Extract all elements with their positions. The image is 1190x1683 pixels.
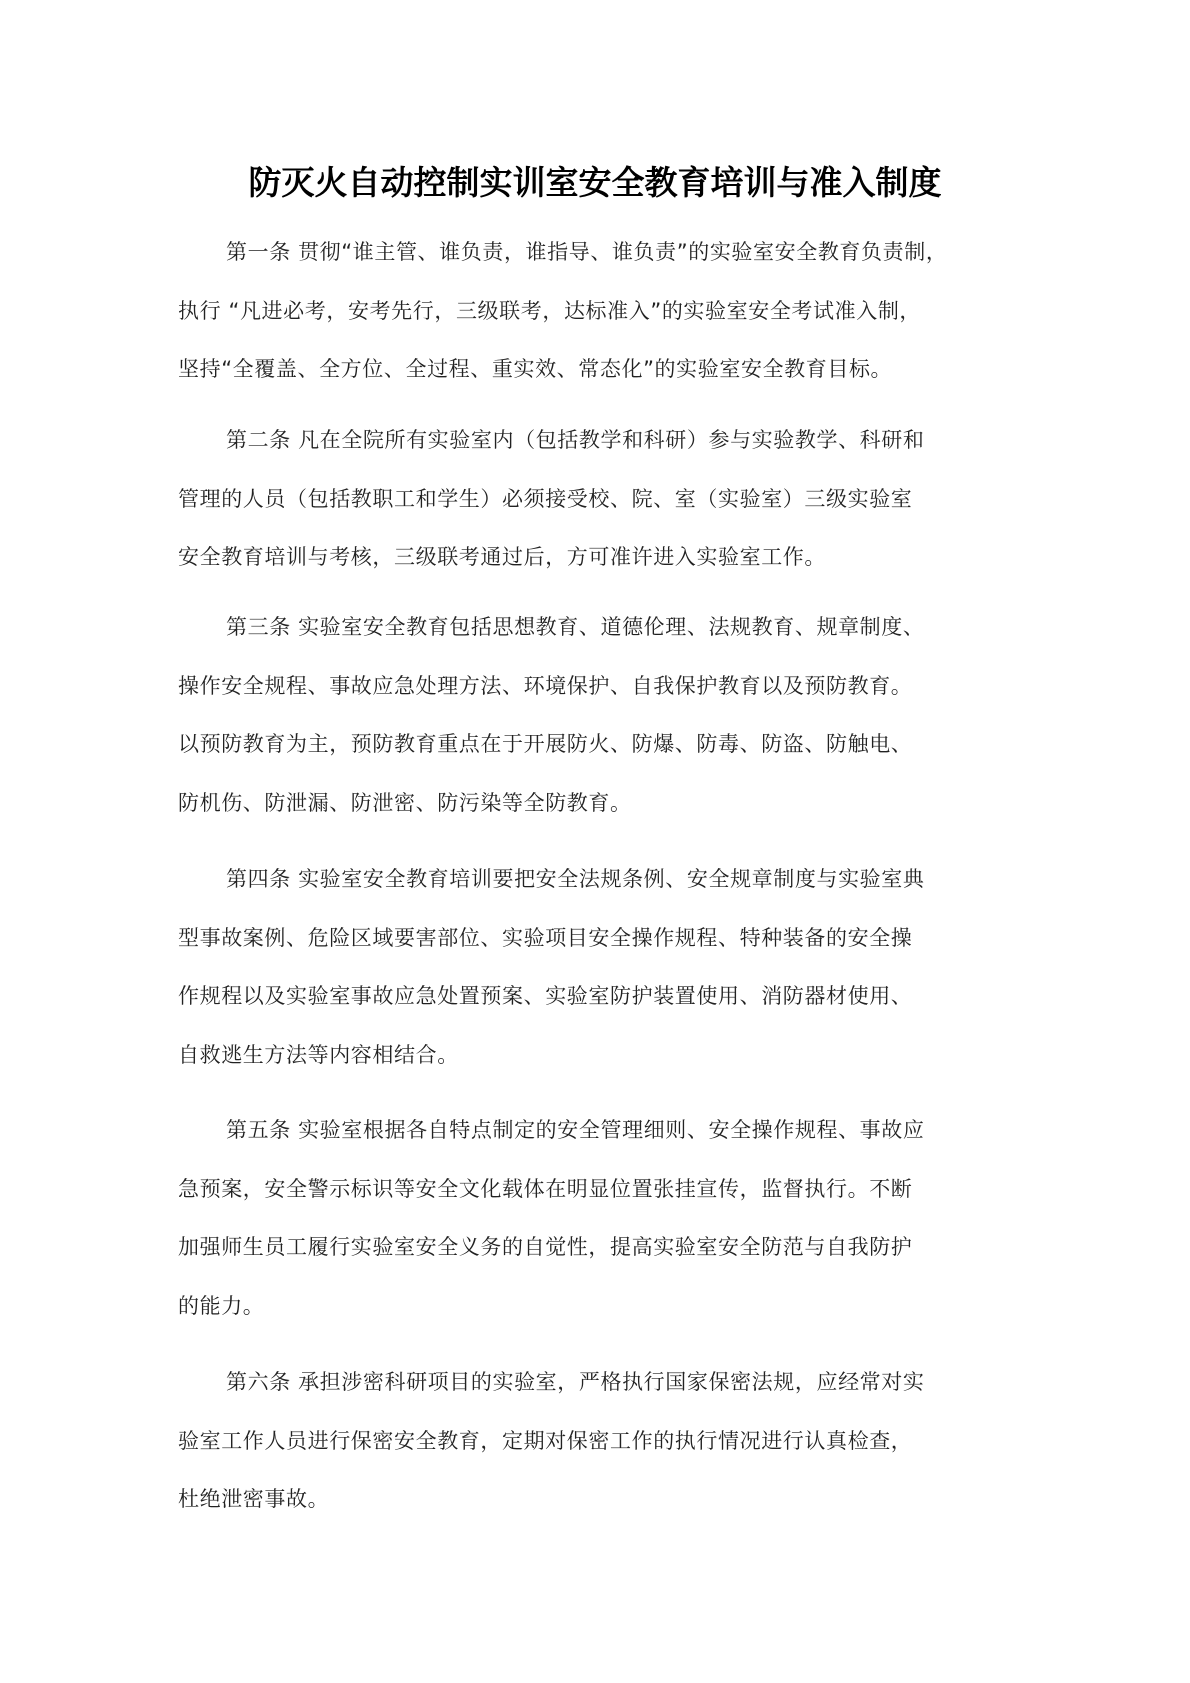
article-line: 杜绝泄密事故。 — [178, 1484, 1038, 1543]
document-page: 防灭火自动控制实训室安全教育培训与准入制度 第一条 贯彻“谁主管、谁负责，谁指导… — [0, 0, 1190, 1683]
article-line: 急预案，安全警示标识等安全文化载体在明显位置张挂宣传，监督执行。不断 — [178, 1174, 1038, 1233]
article-line: 的能力。 — [178, 1291, 1038, 1350]
article-line: 第四条 实验室安全教育培训要把安全法规条例、安全规章制度与实验室典 — [178, 864, 1038, 923]
article-line: 第六条 承担涉密科研项目的实验室，严格执行国家保密法规，应经常对实 — [178, 1367, 1038, 1426]
document-title: 防灭火自动控制实训室安全教育培训与准入制度 — [0, 163, 1190, 203]
article-5: 第五条 实验室根据各自特点制定的安全管理细则、安全操作规程、事故应 急预案，安全… — [178, 1115, 1038, 1349]
article-line: 验室工作人员进行保密安全教育，定期对保密工作的执行情况进行认真检查， — [178, 1426, 1038, 1485]
article-4: 第四条 实验室安全教育培训要把安全法规条例、安全规章制度与实验室典 型事故案例、… — [178, 864, 1038, 1098]
article-line: 型事故案例、危险区域要害部位、实验项目安全操作规程、特种装备的安全操 — [178, 923, 1038, 982]
article-line: 第二条 凡在全院所有实验室内（包括教学和科研）参与实验教学、科研和 — [178, 425, 1038, 484]
article-3: 第三条 实验室安全教育包括思想教育、道德伦理、法规教育、规章制度、 操作安全规程… — [178, 612, 1038, 846]
article-line: 操作安全规程、事故应急处理方法、环境保护、自我保护教育以及预防教育。 — [178, 671, 1038, 730]
article-2: 第二条 凡在全院所有实验室内（包括教学和科研）参与实验教学、科研和 管理的人员（… — [178, 425, 1038, 601]
article-line: 加强师生员工履行实验室安全义务的自觉性，提高实验室安全防范与自我防护 — [178, 1232, 1038, 1291]
article-line: 管理的人员（包括教职工和学生）必须接受校、院、室（实验室）三级实验室 — [178, 484, 1038, 543]
article-line: 坚持“全覆盖、全方位、全过程、重实效、常态化”的实验室安全教育目标。 — [178, 354, 1038, 413]
article-line: 第三条 实验室安全教育包括思想教育、道德伦理、法规教育、规章制度、 — [178, 612, 1038, 671]
article-line: 防机伤、防泄漏、防泄密、防污染等全防教育。 — [178, 788, 1038, 847]
article-line: 安全教育培训与考核，三级联考通过后，方可准许进入实验室工作。 — [178, 542, 1038, 601]
article-6: 第六条 承担涉密科研项目的实验室，严格执行国家保密法规，应经常对实 验室工作人员… — [178, 1367, 1038, 1543]
article-1: 第一条 贯彻“谁主管、谁负责，谁指导、谁负责”的实验室安全教育负责制， 执行 “… — [178, 237, 1038, 413]
article-line: 第五条 实验室根据各自特点制定的安全管理细则、安全操作规程、事故应 — [178, 1115, 1038, 1174]
article-line: 第一条 贯彻“谁主管、谁负责，谁指导、谁负责”的实验室安全教育负责制， — [178, 237, 1038, 296]
article-line: 自救逃生方法等内容相结合。 — [178, 1040, 1038, 1099]
article-line: 以预防教育为主，预防教育重点在于开展防火、防爆、防毒、防盗、防触电、 — [178, 729, 1038, 788]
article-line: 执行 “凡进必考，安考先行，三级联考，达标准入”的实验室安全考试准入制， — [178, 296, 1038, 355]
article-line: 作规程以及实验室事故应急处置预案、实验室防护装置使用、消防器材使用、 — [178, 981, 1038, 1040]
